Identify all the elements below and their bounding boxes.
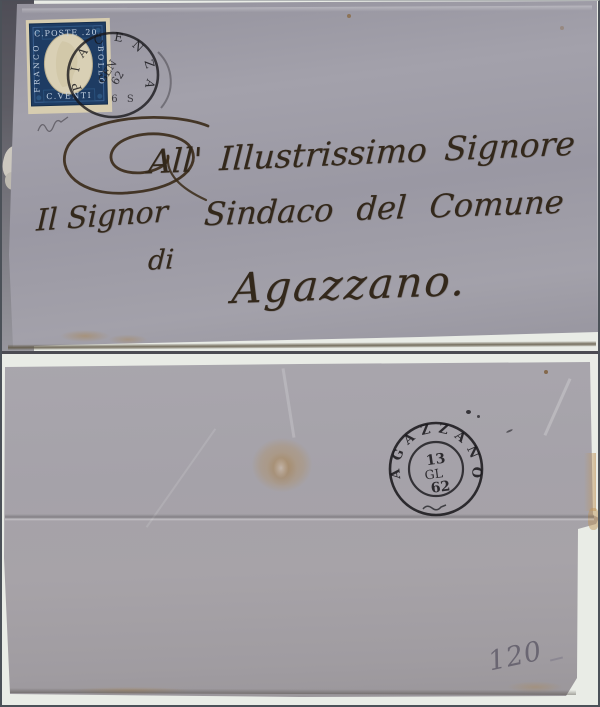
postmark-ornament <box>423 505 446 510</box>
fox-spot <box>544 370 548 374</box>
expert-pencil-mark <box>36 114 70 136</box>
fold-line <box>5 514 594 521</box>
arrival-year: 62 <box>430 478 452 497</box>
fox-spot <box>560 26 564 30</box>
cover-photo-composite: C.POSTE .20. C.VENTI FRANCO BOLLO PIACEN… <box>0 0 600 707</box>
address-line-4-destination: Agazzano. <box>230 256 468 313</box>
cover-back-photo: AGAZZANO 13 GL 62 120 <box>0 358 600 707</box>
fox-spot <box>347 14 351 18</box>
agazzano-postmark: AGAZZANO 13 GL 62 <box>381 413 493 525</box>
edge-toning <box>584 453 596 511</box>
postmark-hour: 6 S <box>111 94 136 105</box>
photo-divider <box>0 351 600 354</box>
address-line-3: di <box>147 244 175 276</box>
stain <box>272 456 290 480</box>
cover-front-photo: C.POSTE .20. C.VENTI FRANCO BOLLO PIACEN… <box>0 0 600 352</box>
stamp-inscription-left: FRANCO <box>31 43 41 93</box>
